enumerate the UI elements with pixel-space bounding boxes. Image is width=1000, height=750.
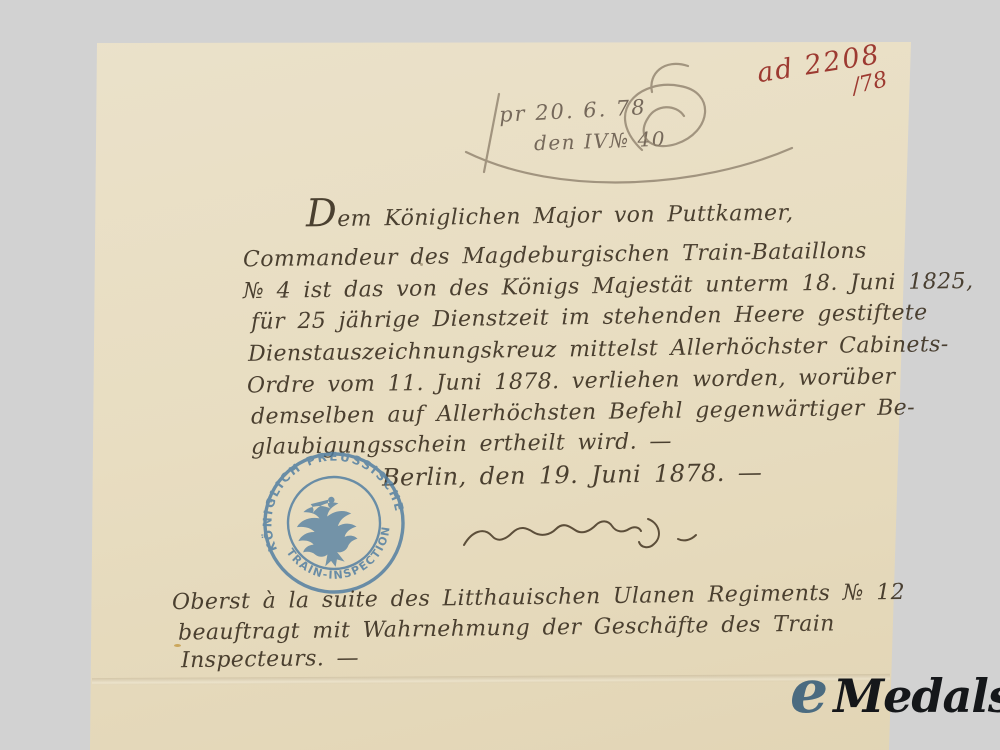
photo-scene: ad 2208 /78 pr 20. 6. 78 den IV№ 40 Dem …: [0, 0, 1000, 750]
emedals-logo-medals: Medals: [833, 673, 1000, 719]
signature-scrawl: [452, 503, 722, 568]
signer-title-line: Inspecteurs. —: [181, 646, 359, 673]
pencil-file-reference: den IV№ 40: [534, 127, 667, 156]
emedals-logo: e Medals: [790, 662, 1000, 722]
emedals-logo-e: e: [790, 662, 828, 722]
letter-date-line: Berlin, den 19. Juni 1878. —: [382, 458, 763, 491]
